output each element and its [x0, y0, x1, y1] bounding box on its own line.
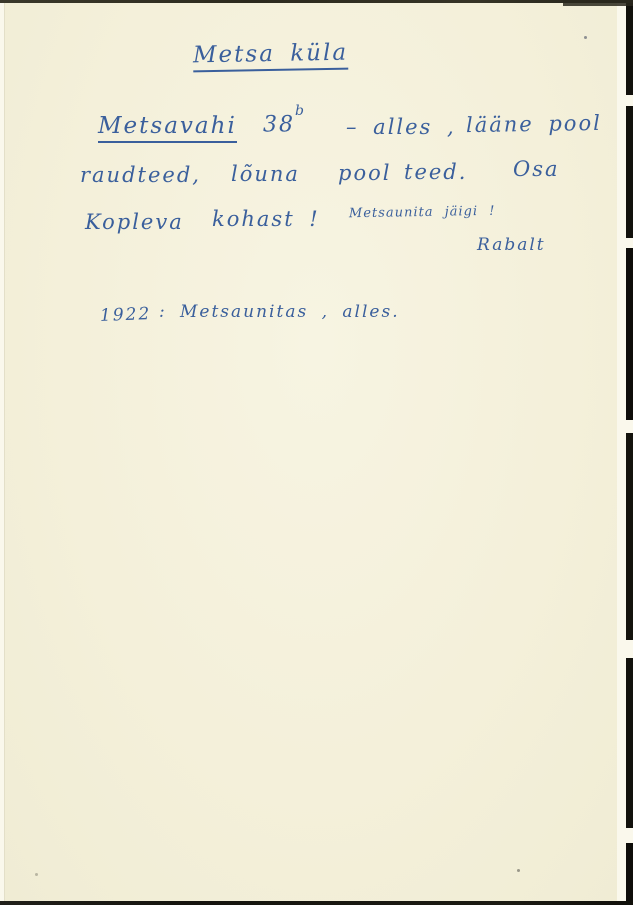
line2-pool: pool [338, 162, 391, 185]
paper-speck [35, 873, 38, 876]
farm-number-value: 38 [263, 112, 295, 137]
farm-number-suffix: b [295, 103, 306, 119]
scan-edge-top [0, 0, 633, 3]
paper-speck [517, 869, 520, 872]
year-label: 1922 [100, 305, 152, 325]
line3-kopleva: Kopleva [85, 211, 184, 234]
line2-osa: Osa [513, 158, 560, 181]
line1-laane-pool: lääne pool [466, 112, 602, 137]
line1-dash-alles: – alles , [346, 116, 456, 139]
farm-name: Metsavahi [98, 114, 237, 139]
page-title: Metsa küla [193, 41, 348, 69]
line2-teed: teed. [404, 161, 467, 184]
year-colon: : [159, 303, 167, 322]
line3-kohast: kohast ! [212, 208, 320, 231]
farm-name-text: Metsavahi [98, 113, 237, 143]
line2-louna: lõuna [231, 163, 300, 186]
year-note-text: Metsaunitas , alles. [180, 303, 400, 322]
title-text: Metsa küla [193, 40, 349, 73]
farm-number: 38b [263, 112, 306, 138]
scanned-note-page: Metsa küla Metsavahi 38b – alles , lääne… [0, 0, 633, 905]
line2-raudteed: raudteed, [80, 164, 201, 187]
scan-edge-left [0, 0, 5, 905]
scan-edge-right-black [626, 0, 633, 905]
paper-speck [584, 36, 587, 39]
scan-edge-bottom [0, 901, 633, 905]
scan-edge-top-right [563, 0, 633, 6]
signature: Rabalt [477, 236, 546, 255]
line3-margin-note: Metsaunita jäigi ! [349, 205, 496, 222]
